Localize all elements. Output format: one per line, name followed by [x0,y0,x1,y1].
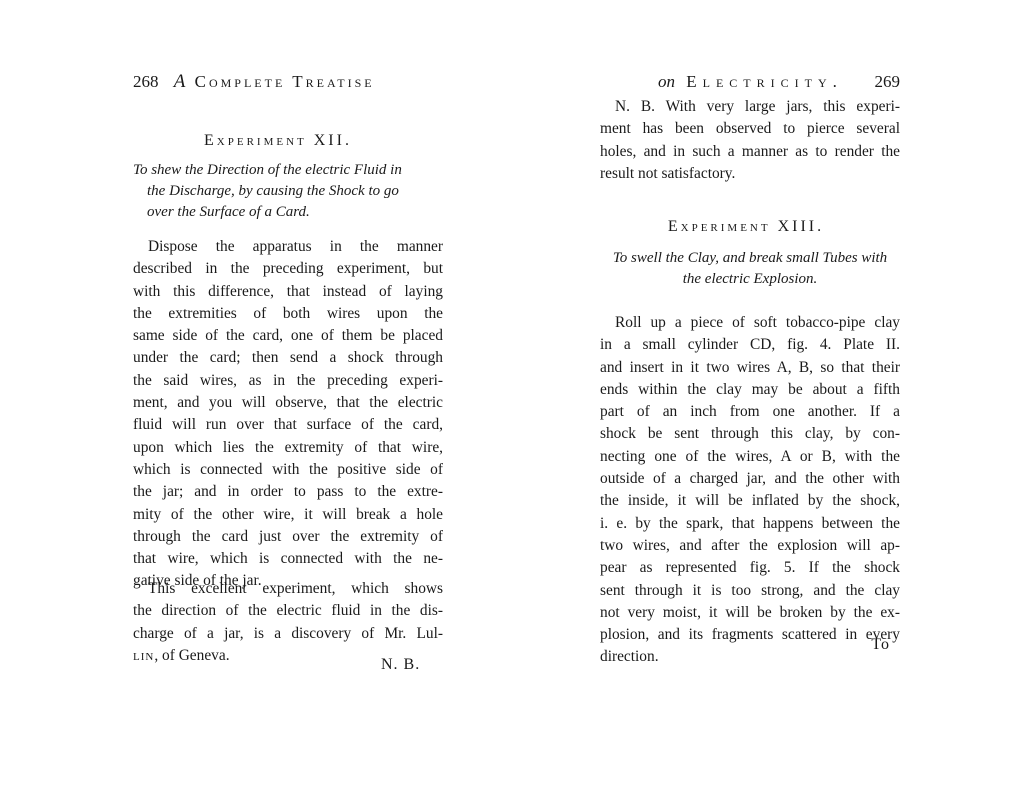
experiment-subtitle-xii: To shew the Direction of the electric Fl… [133,160,443,223]
running-head-title-right: Electricity. [686,72,843,91]
catchword-left: N. B. [381,656,420,674]
experiment-heading-xii: Experiment XII. [123,132,433,150]
experiment-heading-xiii: Experiment XIII. [596,218,896,236]
running-head-title-left: A Complete Treatise [174,72,375,91]
paragraph-roll-up-clay: Roll up a piece of soft tobacco-pipe cla… [600,312,900,669]
paragraph-dispose: Dispose the apparatus in the manner desc… [133,236,443,593]
running-head-left: 268 A Complete Treatise [133,72,375,92]
running-head-right: on Electricity. 269 [600,72,900,92]
paragraph-nb: N. B. With very large jars, this experi-… [600,96,900,185]
paragraph-lullin: This excellent experiment, which shows t… [133,578,443,667]
page-number-right: 269 [875,72,901,92]
experiment-subtitle-xiii: To swell the Clay, and break small Tubes… [600,248,900,290]
catchword-right: To [871,636,890,654]
page-number-left: 268 [133,72,159,91]
